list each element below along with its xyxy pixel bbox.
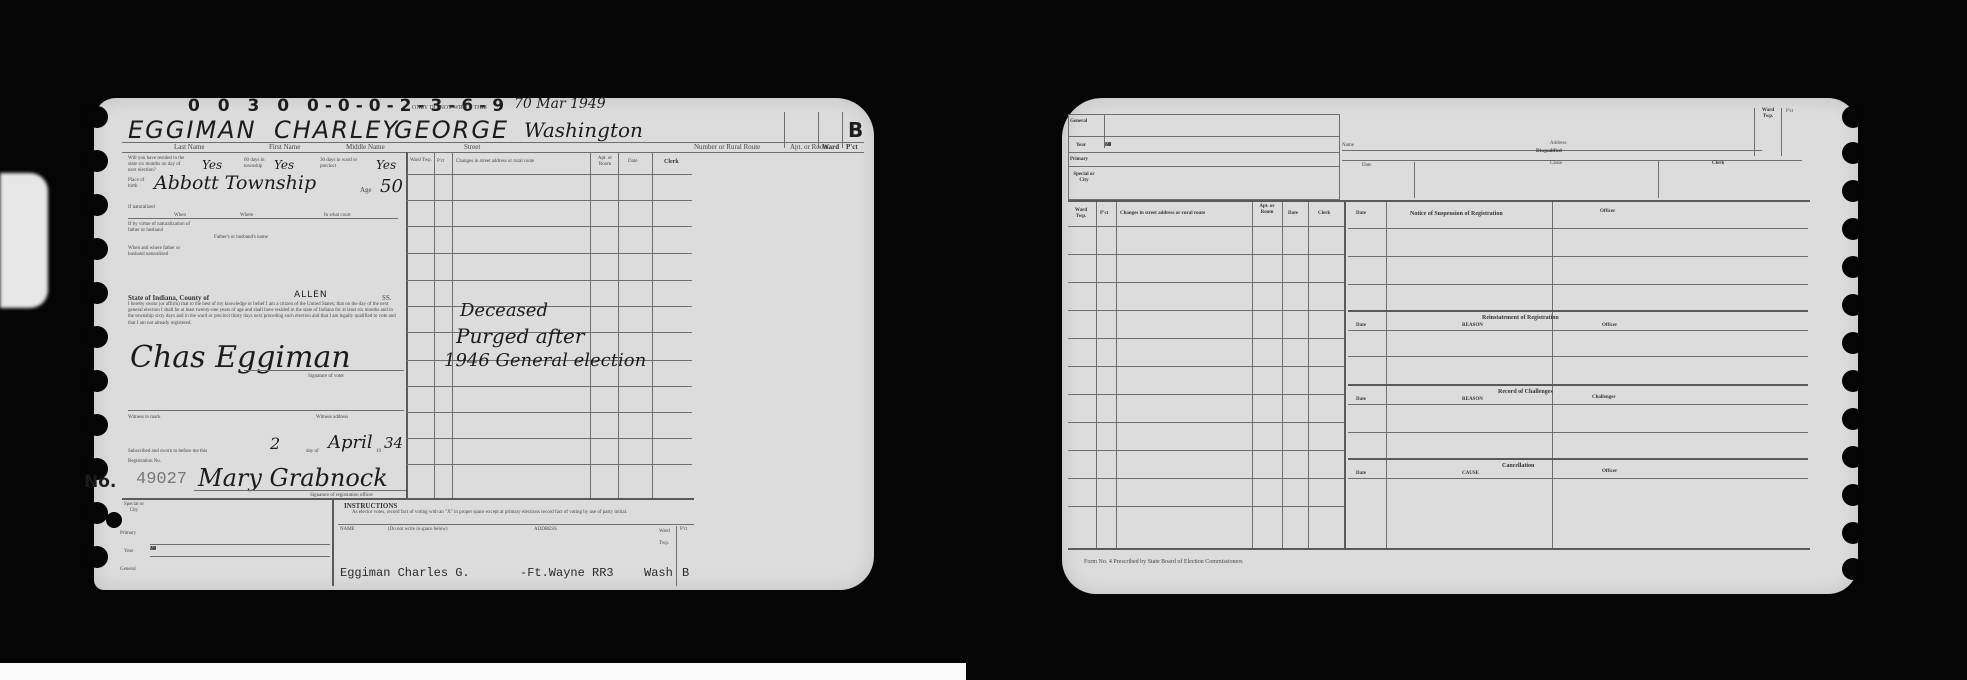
- divider: [194, 490, 406, 491]
- label-ward-twp-back: Ward Twp.: [1758, 108, 1778, 120]
- table-row: [1068, 282, 1344, 283]
- divider: [1386, 202, 1387, 548]
- table-row: [1348, 330, 1808, 331]
- typed-ward: Wash: [644, 566, 673, 580]
- col-changes: Changes in street address or rural route: [456, 158, 534, 166]
- row-year: Year: [124, 548, 133, 556]
- label-state-county: State of Indiana, County of: [128, 294, 209, 302]
- label-disqualified: Disqualified: [1536, 148, 1562, 156]
- table-row: [1348, 356, 1808, 357]
- label-number: Number or Rural Route: [694, 143, 760, 151]
- label-pct-back: P'ct: [1786, 108, 1793, 116]
- row-general-back: General: [1070, 118, 1087, 126]
- col-clerk-back: Clerk: [1318, 210, 1330, 218]
- col-date-back: Date: [1288, 210, 1298, 218]
- divider: [1068, 548, 1810, 550]
- section-divider: [1348, 458, 1808, 460]
- table-row: [406, 306, 692, 307]
- year-prefix: 19: [376, 448, 381, 456]
- label-place-of-birth: Place of birth: [128, 178, 154, 190]
- label-ward-twp: Ward Twp.: [659, 526, 677, 550]
- table-row: [1068, 450, 1344, 451]
- punch-hole: [86, 414, 108, 436]
- age: 50: [380, 176, 403, 197]
- table-row: [1348, 478, 1808, 479]
- table-row: [1068, 338, 1344, 339]
- divider: [244, 370, 404, 371]
- col-suspension-notice: Notice of Suspension of Registration: [1410, 210, 1503, 218]
- divider: [434, 152, 435, 498]
- col-suspension-officer: Officer: [1600, 208, 1615, 216]
- punch-hole: [1842, 558, 1864, 580]
- punch-hole: [86, 502, 108, 524]
- instructions-text: As elector votes, record fact of voting …: [352, 510, 692, 516]
- no-prefix: No.: [84, 472, 116, 492]
- row-year-back: Year: [1076, 142, 1086, 150]
- col-challenge-reason: REASON: [1462, 396, 1483, 404]
- registration-number: 49027: [136, 470, 187, 489]
- typed-address: -Ft.Wayne RR3: [520, 566, 614, 580]
- section-divider: [1348, 310, 1808, 312]
- label-registration-no: Registration No.: [128, 458, 161, 466]
- col-apt-back: Apt. or Room: [1256, 204, 1278, 216]
- table-row: [406, 280, 692, 281]
- col-reinstatement-officer: Officer: [1602, 322, 1617, 330]
- note-1946-election: 1946 General election: [444, 350, 646, 371]
- label-name-back: Name: [1342, 142, 1354, 150]
- row-special-city: Special or City: [120, 502, 148, 514]
- middle-name: GEORGE: [394, 116, 509, 144]
- ward-letter: B: [848, 118, 865, 142]
- divider: [1414, 162, 1415, 198]
- punch-hole: [106, 512, 122, 528]
- table-row: [406, 200, 692, 201]
- reinstatement-title: Reinstatement of Registration: [1482, 314, 1559, 322]
- registration-card-front: 0 0 3 0 0-0-0-2-3-6-9 ONLY DO NOT WRITE …: [94, 98, 874, 590]
- place-of-birth: Abbott Township: [154, 172, 316, 194]
- county-name: ALLEN: [294, 290, 328, 300]
- label-address-back: Address: [1550, 140, 1566, 148]
- note-deceased: Deceased: [460, 300, 548, 321]
- divider: [652, 152, 653, 498]
- divider: [618, 152, 619, 498]
- label-father-husband: If by virtue of naturalization of father…: [128, 222, 198, 234]
- punch-hole: [86, 238, 108, 260]
- punch-hole: [86, 194, 108, 216]
- label-do-not-write: (Do not write in space below): [388, 526, 448, 534]
- col-cancellation-date: Date: [1356, 470, 1366, 478]
- col-changes-back: Changes in street address or rural route: [1120, 210, 1205, 218]
- punch-hole: [86, 106, 108, 128]
- divider: [150, 556, 330, 557]
- table-row: [1348, 404, 1808, 405]
- year-row: 34 35 36 37 38 39 40 42 43 44 45 46: [150, 546, 330, 556]
- label-age: Age: [360, 186, 372, 194]
- label-subscribed: Subscribed and sworn to before me this: [128, 448, 207, 456]
- label-witness-address: Witness address: [316, 414, 348, 422]
- punch-hole: [86, 370, 108, 392]
- typed-name: Eggiman Charles G.: [340, 566, 470, 580]
- table-row: [1068, 226, 1344, 227]
- label-father-husband-name: Father's or husband's name: [214, 234, 268, 242]
- label-last-name: Last Name: [174, 143, 205, 151]
- table-row: [406, 174, 692, 175]
- officer-signature: Mary Grabnock: [198, 464, 388, 492]
- label-first-name: First Name: [269, 143, 300, 151]
- subscribed-year: 34: [384, 434, 403, 452]
- label-witness-mark: Witness to mark: [128, 414, 161, 422]
- year-columns: 47 48 49 50 51 52 53 54 55 56 57 58 59: [1104, 114, 1338, 199]
- punch-hole: [1842, 180, 1864, 202]
- punch-hole: [1842, 408, 1864, 430]
- divider: [338, 524, 694, 525]
- divider: [452, 152, 453, 498]
- table-row: [1068, 366, 1344, 367]
- row-general: General: [120, 566, 136, 574]
- table-row: [1068, 422, 1344, 423]
- divider: [676, 526, 677, 586]
- divider: [122, 152, 864, 153]
- scan-artifact: [0, 173, 48, 308]
- col-pct: P'ct: [437, 158, 444, 166]
- punch-hole: [1842, 106, 1864, 128]
- subscribed-month: April: [328, 432, 373, 453]
- label-pct: P'ct: [846, 143, 858, 151]
- col-apt: Apt. or Room: [594, 156, 616, 168]
- table-row: [406, 464, 692, 465]
- form-footer: Form No. 4 Prescribed by State Board of …: [1084, 558, 1243, 566]
- punch-hole: [1842, 332, 1864, 354]
- instructions-title: INSTRUCTIONS: [344, 502, 397, 510]
- punch-hole: [1842, 370, 1864, 392]
- last-name: EGGIMAN: [128, 116, 257, 144]
- punch-hole: [86, 150, 108, 172]
- divider: [590, 152, 591, 498]
- label-middle-name: Middle Name: [346, 143, 385, 151]
- year-cell: 46: [150, 546, 156, 552]
- a-precinct: Yes: [376, 158, 396, 172]
- col-cancellation-cause: CAUSE: [1462, 470, 1479, 478]
- table-row: [1348, 284, 1808, 285]
- divider: [122, 498, 694, 500]
- col-suspension-date: Date: [1356, 210, 1366, 218]
- divider: [1342, 160, 1802, 161]
- table-row: [1348, 256, 1808, 257]
- challenges-title: Record of Challenges: [1498, 388, 1553, 396]
- punch-hole: [86, 326, 108, 348]
- punch-hole: [1842, 218, 1864, 240]
- punch-hole: [1842, 256, 1864, 278]
- table-row: [406, 226, 692, 227]
- do-not-write-label: ONLY DO NOT WRITE THIS: [412, 104, 487, 112]
- divider: [150, 544, 330, 545]
- oath-text: I hereby swear (or affirm) that to the b…: [128, 302, 398, 327]
- table-row: [1068, 310, 1344, 311]
- table-row: [1068, 254, 1344, 255]
- handwritten-note: 70 Mar 1949: [514, 96, 606, 112]
- label-street: Street: [464, 143, 480, 151]
- table-row: [1348, 228, 1808, 229]
- col-date: Date: [628, 158, 637, 166]
- table-row: [1068, 506, 1344, 507]
- year-cell: 59: [1104, 114, 1111, 148]
- table-row: [406, 253, 692, 254]
- table-row: [406, 386, 692, 387]
- section-divider: [1348, 384, 1808, 386]
- col-reinstatement-date: Date: [1356, 322, 1366, 330]
- note-purged: Purged after: [456, 324, 584, 348]
- a-township: Yes: [274, 158, 294, 172]
- col-challenger: Challenger: [1592, 394, 1616, 402]
- punch-hole: [1842, 142, 1864, 164]
- label-name: NAME: [340, 526, 355, 534]
- label-date-back: Date: [1362, 162, 1371, 170]
- divider: [128, 218, 398, 219]
- row-primary: Primary: [120, 530, 136, 538]
- typed-pct: B: [682, 566, 689, 580]
- scan-margin: [0, 663, 966, 680]
- col-clerk: Clerk: [664, 158, 679, 166]
- label-ss: SS.: [382, 294, 392, 302]
- a-state-residence: Yes: [202, 158, 222, 172]
- registration-card-back: General Year Primary Special or City 47 …: [1062, 98, 1858, 594]
- col-cancellation-officer: Officer: [1602, 468, 1617, 476]
- col-challenge-date: Date: [1356, 396, 1366, 404]
- table-row: [406, 438, 692, 439]
- row-special-city-back: Special or City: [1070, 172, 1098, 184]
- punch-hole: [1842, 484, 1864, 506]
- divider: [842, 112, 843, 148]
- label-pct-bottom: P'ct: [680, 526, 687, 534]
- punch-hole: [86, 282, 108, 304]
- label-ward: Ward: [822, 143, 839, 151]
- col-ward-twp: Ward Twp.: [410, 158, 432, 164]
- col-pct-back: P'ct: [1100, 210, 1108, 218]
- table-row: [1068, 478, 1344, 479]
- divider: [1068, 200, 1810, 202]
- divider: [332, 498, 334, 586]
- punch-hole: [1842, 294, 1864, 316]
- label-when-where: When and where father or husband natural…: [128, 246, 198, 258]
- divider: [1552, 202, 1553, 548]
- label-naturalized: If naturalized: [128, 204, 155, 212]
- divider: [784, 112, 785, 148]
- label-clerk-back: Clerk: [1712, 160, 1724, 168]
- table-row: [406, 412, 692, 413]
- punch-hole: [1842, 446, 1864, 468]
- label-address: ADDRESS: [534, 526, 557, 534]
- divider: [128, 410, 404, 411]
- punch-hole: [1842, 522, 1864, 544]
- row-primary-back: Primary: [1070, 156, 1088, 164]
- divider: [1658, 160, 1659, 198]
- punch-hole: [86, 546, 108, 568]
- subscribed-day: 2: [270, 434, 280, 453]
- label-cause: Cause: [1550, 160, 1562, 168]
- table-row: [1348, 432, 1808, 433]
- cancellation-title: Cancellation: [1502, 462, 1534, 470]
- divider: [406, 152, 408, 498]
- label-signature-voter: Signature of voter: [308, 373, 344, 381]
- label-day-of: day of: [306, 448, 319, 456]
- first-name: CHARLEY: [274, 116, 399, 144]
- col-ward-twp-back: Ward Twp.: [1070, 208, 1092, 220]
- col-reinstatement-reason: REASON: [1462, 322, 1483, 330]
- precinct-name: Washington: [524, 118, 643, 142]
- table-row: [1068, 394, 1344, 395]
- divider: [1344, 202, 1346, 548]
- q-precinct: 30 days in ward or precinct: [320, 158, 368, 170]
